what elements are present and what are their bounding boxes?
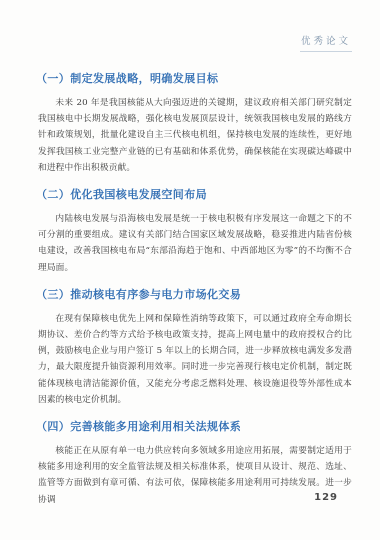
section-4: （四）完善核能多用途利用相关法规体系 核能正在从原有单一电力供应转向多领域多用途… (38, 420, 352, 508)
section-4-heading: （四）完善核能多用途利用相关法规体系 (36, 420, 352, 433)
section-2: （二）优化我国核电发展空间布局 内陆核电发展与沿海核电发展是统一于核电积极有序发… (38, 188, 352, 276)
section-1: （一）制定发展战略，明确发展目标 未来 20 年是我国核能从大向强迈进的关键期，… (38, 72, 352, 176)
page-content: （一）制定发展战略，明确发展目标 未来 20 年是我国核能从大向强迈进的关键期，… (38, 66, 352, 512)
running-head: 优秀论文 (300, 33, 352, 52)
section-2-heading: （二）优化我国核电发展空间布局 (36, 188, 352, 201)
section-3: （三）推动核电有序参与电力市场化交易 在现有保障核电优先上网和保障性消纳等政策下… (38, 288, 352, 408)
section-1-heading: （一）制定发展战略，明确发展目标 (36, 72, 352, 85)
section-3-paragraph: 在现有保障核电优先上网和保障性消纳等政策下，可以通过政府全寿命期长期协议、差价合… (38, 311, 352, 408)
page-number: 129 (314, 492, 338, 503)
section-3-heading: （三）推动核电有序参与电力市场化交易 (36, 288, 352, 301)
section-2-paragraph: 内陆核电发展与沿海核电发展是统一于核电积极有序发展这一命题之下的不可分割的重要组… (38, 211, 352, 276)
section-4-paragraph: 核能正在从原有单一电力供应转向多领域多用途应用拓展，需要制定适用于核能多用途利用… (38, 443, 352, 508)
section-1-paragraph: 未来 20 年是我国核能从大向强迈进的关键期，建议政府相关部门研究制定我国核电中… (38, 95, 352, 176)
document-page: 优秀论文 （一）制定发展战略，明确发展目标 未来 20 年是我国核能从大向强迈进… (0, 0, 380, 540)
